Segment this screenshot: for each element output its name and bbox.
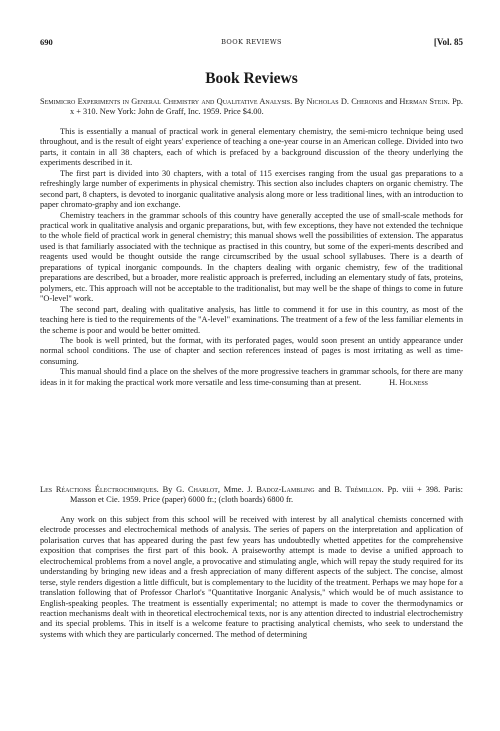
and-label: and	[318, 485, 330, 494]
review-paragraph: The second part, dealing with qualitativ…	[40, 305, 463, 336]
section-heading: Book Reviews	[40, 70, 463, 88]
book-title: Les Réactions Électrochimiques.	[40, 485, 159, 494]
author-name: G. Charlot,	[176, 485, 220, 494]
journal-section-title: BOOK REVIEWS	[40, 36, 463, 48]
book-citation: Semimicro Experiments in General Chemist…	[40, 97, 463, 118]
book-title: Semimicro Experiments in General Chemist…	[40, 97, 292, 106]
review-paragraph: This is essentially a manual of practica…	[40, 127, 463, 169]
review-semimicro: Semimicro Experiments in General Chemist…	[40, 97, 463, 388]
volume-number: [Vol. 85	[434, 36, 463, 48]
by-label: By	[294, 97, 304, 106]
review-body: This is essentially a manual of practica…	[40, 127, 463, 388]
review-paragraph: The book is well printed, but the format…	[40, 336, 463, 367]
author-name: B. Trémillon.	[334, 485, 383, 494]
review-paragraph: Any work on this subject from this schoo…	[40, 515, 463, 640]
and-label: and	[385, 97, 397, 106]
mme-label: Mme.	[224, 485, 244, 494]
review-body: Any work on this subject from this schoo…	[40, 515, 463, 640]
book-citation: Les Réactions Électrochimiques. By G. Ch…	[40, 485, 463, 506]
review-paragraph: Chemistry teachers in the grammar school…	[40, 211, 463, 305]
running-head: 690 BOOK REVIEWS [Vol. 85	[40, 36, 463, 48]
by-label: By	[163, 485, 173, 494]
author-name: Nicholas D. Cheronis	[307, 97, 383, 106]
review-reactions-electrochimiques: Les Réactions Électrochimiques. By G. Ch…	[40, 485, 463, 640]
review-paragraph: The first part is divided into 30 chapte…	[40, 169, 463, 211]
author-name: J. Badoz-Lambling	[247, 485, 314, 494]
author-name: Herman Stein.	[399, 97, 449, 106]
